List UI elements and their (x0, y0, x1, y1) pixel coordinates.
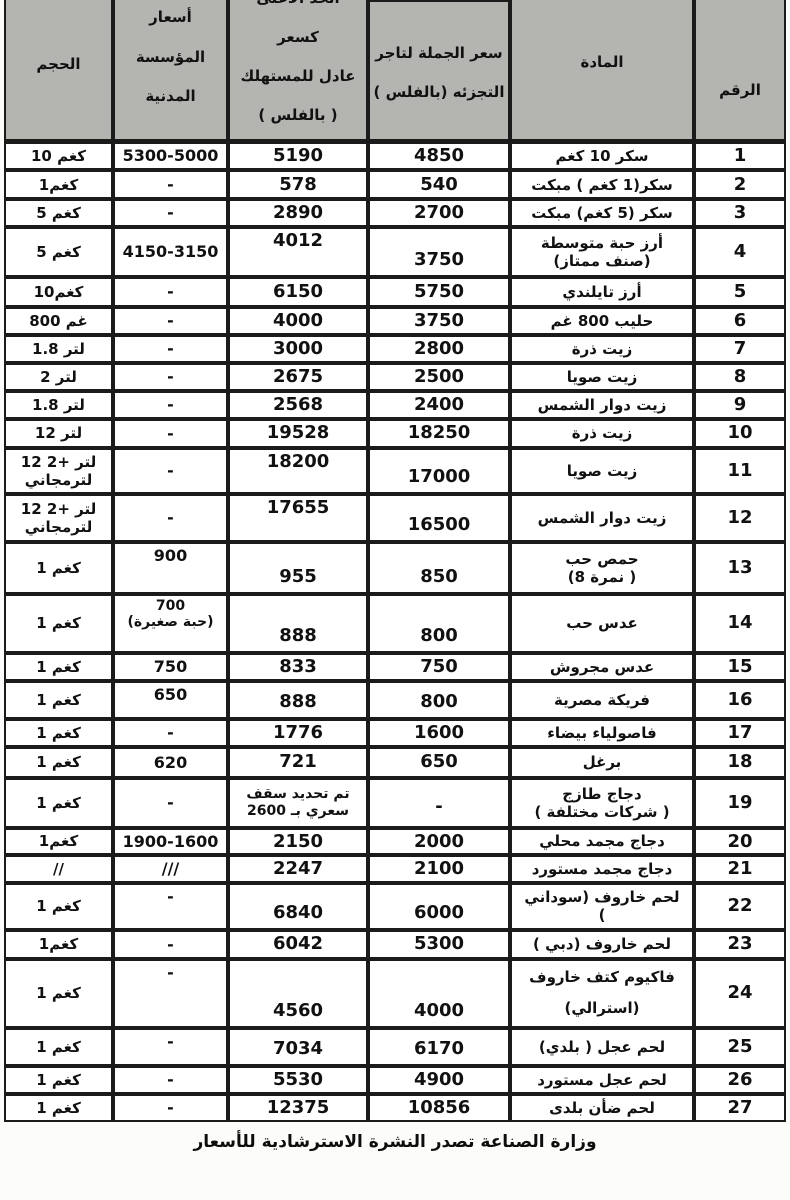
cell-institution-price: - (113, 719, 228, 747)
cell-institution-price: - (113, 199, 228, 227)
cell-max-consumer-price: 4012 (228, 227, 368, 277)
cell-size: 1 كغم (4, 1094, 113, 1122)
cell-wholesale-price: 2800 (368, 335, 510, 363)
cell-row-number: 11 (694, 448, 786, 494)
table-row: 1سكر 10 كغم485051905300-500010 كغم (4, 142, 786, 170)
cell-institution-price: - (113, 363, 228, 391)
cell-item-name: برغل (510, 747, 694, 778)
cell-item-name: دجاج مجمد مستورد (510, 855, 694, 883)
cell-item-name: سكر (5 كغم) مبكت (510, 199, 694, 227)
cell-size: 1كغم (4, 828, 113, 856)
column-header-max-consumer-price: الحد الأعلى كسعر عادل للمستهلك ( بالفلس … (228, 0, 368, 142)
cell-size: 1 كغم (4, 959, 113, 1028)
cell-size: 1 كغم (4, 719, 113, 747)
cell-institution-price: - (113, 277, 228, 307)
cell-size: 12 لتر +2 لترمجاني (4, 448, 113, 494)
cell-item-name: فاصولياء بيضاء (510, 719, 694, 747)
table-row: 12زيت دوار الشمس1650017655-12 لتر +2 لتر… (4, 494, 786, 542)
cell-institution-price: - (113, 419, 228, 448)
cell-row-number: 26 (694, 1066, 786, 1094)
cell-size: 2 لتر (4, 363, 113, 391)
cell-institution-price: - (113, 1066, 228, 1094)
cell-size: 5 كغم (4, 199, 113, 227)
footer-title: وزارة الصناعة تصدر النشرة الاسترشادية لل… (0, 1132, 790, 1152)
cell-row-number: 19 (694, 778, 786, 828)
cell-row-number: 13 (694, 542, 786, 594)
cell-row-number: 8 (694, 363, 786, 391)
column-header-max-label: الحد الأعلى كسعر عادل للمستهلك ( بالفلس … (233, 0, 363, 135)
cell-max-consumer-price: 12375 (228, 1094, 368, 1122)
cell-institution-price: - (113, 1028, 228, 1066)
cell-size: 1كغم (4, 170, 113, 199)
cell-max-consumer-price: 1776 (228, 719, 368, 747)
cell-item-name: لحم عجل مستورد (510, 1066, 694, 1094)
cell-size: 1 كغم (4, 681, 113, 719)
cell-wholesale-price: 3750 (368, 307, 510, 335)
cell-max-consumer-price: 955 (228, 542, 368, 594)
cell-wholesale-price: 650 (368, 747, 510, 778)
cell-row-number: 14 (694, 594, 786, 653)
cell-max-consumer-price: 6150 (228, 277, 368, 307)
cell-institution-price: 650 (113, 681, 228, 719)
cell-item-name: لحم عجل ( بلدي) (510, 1028, 694, 1066)
table-header-row: الرقم المادة سعر الجملة لتاجر التجزئه (ب… (4, 0, 786, 142)
cell-max-consumer-price: 578 (228, 170, 368, 199)
cell-wholesale-price: 2700 (368, 199, 510, 227)
cell-size: // (4, 855, 113, 883)
cell-max-consumer-price: 17655 (228, 494, 368, 542)
cell-row-number: 24 (694, 959, 786, 1028)
table-row: 3سكر (5 كغم) مبكت27002890-5 كغم (4, 199, 786, 227)
cell-row-number: 17 (694, 719, 786, 747)
cell-row-number: 5 (694, 277, 786, 307)
cell-size: 12 لتر (4, 419, 113, 448)
cell-wholesale-price: 540 (368, 170, 510, 199)
table-row: 13حمص حب ( نمرة 8)8509559001 كغم (4, 542, 786, 594)
cell-wholesale-price: 4850 (368, 142, 510, 170)
table-row: 7زيت ذرة28003000-1.8 لتر (4, 335, 786, 363)
cell-item-name: زيت دوار الشمس (510, 494, 694, 542)
table-row: 22لحم خاروف (سوداني )60006840-1 كغم (4, 883, 786, 930)
table-row: 18برغل6507216201 كغم (4, 747, 786, 778)
cell-row-number: 6 (694, 307, 786, 335)
column-header-size-label: الحجم (9, 55, 108, 75)
cell-institution-price: 1900-1600 (113, 828, 228, 856)
cell-row-number: 2 (694, 170, 786, 199)
cell-institution-price: - (113, 778, 228, 828)
table-row: 26لحم عجل مستورد49005530-1 كغم (4, 1066, 786, 1094)
cell-size: 1 كغم (4, 653, 113, 681)
table-row: 20دجاج مجمد محلي200021501900-16001كغم (4, 828, 786, 856)
cell-wholesale-price: 800 (368, 681, 510, 719)
table-row: 25لحم عجل ( بلدي)61707034-1 كغم (4, 1028, 786, 1066)
cell-wholesale-price: 4000 (368, 959, 510, 1028)
cell-institution-price: - (113, 307, 228, 335)
cell-wholesale-price: 16500 (368, 494, 510, 542)
table-row: 23لحم خاروف (دبي )53006042-1كغم (4, 930, 786, 959)
cell-max-consumer-price: 4000 (228, 307, 368, 335)
cell-row-number: 20 (694, 828, 786, 856)
table-row: 2سكر(1 كغم ) مبكت540578-1كغم (4, 170, 786, 199)
cell-institution-price: - (113, 1094, 228, 1122)
column-header-item-label: المادة (515, 53, 689, 73)
cell-item-name: لحم ضأن بلدى (510, 1094, 694, 1122)
cell-wholesale-price: 4900 (368, 1066, 510, 1094)
cell-wholesale-price: 750 (368, 653, 510, 681)
column-header-number: الرقم (694, 0, 786, 142)
cell-wholesale-price: 6000 (368, 883, 510, 930)
cell-wholesale-price: 18250 (368, 419, 510, 448)
cell-max-consumer-price: 2568 (228, 391, 368, 419)
cell-row-number: 3 (694, 199, 786, 227)
table-body: 1سكر 10 كغم485051905300-500010 كغم2سكر(1… (4, 142, 786, 1122)
table-row: 14عدس حب800888700 (حبة صغيرة)1 كغم (4, 594, 786, 653)
cell-max-consumer-price: تم تحديد سقف سعري بـ 2600 (228, 778, 368, 828)
cell-row-number: 9 (694, 391, 786, 419)
cell-row-number: 12 (694, 494, 786, 542)
cell-item-name: فريكة مصرية (510, 681, 694, 719)
cell-max-consumer-price: 18200 (228, 448, 368, 494)
cell-wholesale-price: 5750 (368, 277, 510, 307)
cell-max-consumer-price: 888 (228, 681, 368, 719)
cell-size: 1كغم (4, 930, 113, 959)
cell-row-number: 15 (694, 653, 786, 681)
cell-size: 10 كغم (4, 142, 113, 170)
cell-max-consumer-price: 6840 (228, 883, 368, 930)
column-header-item: المادة (510, 0, 694, 142)
cell-institution-price: - (113, 930, 228, 959)
cell-institution-price: - (113, 170, 228, 199)
table-row: 27لحم ضأن بلدى1085612375-1 كغم (4, 1094, 786, 1122)
cell-wholesale-price: - (368, 778, 510, 828)
cell-size: 1 كغم (4, 778, 113, 828)
cell-row-number: 22 (694, 883, 786, 930)
cell-max-consumer-price: 7034 (228, 1028, 368, 1066)
cell-max-consumer-price: 888 (228, 594, 368, 653)
cell-wholesale-price: 17000 (368, 448, 510, 494)
cell-institution-price: - (113, 448, 228, 494)
cell-wholesale-price: 5300 (368, 930, 510, 959)
table-row: 24فاكيوم كتف خاروف (استرالي)40004560-1 ك… (4, 959, 786, 1028)
cell-item-name: أرز تايلندي (510, 277, 694, 307)
cell-wholesale-price: 800 (368, 594, 510, 653)
column-header-wholesale-price: سعر الجملة لتاجر التجزئه (بالفلس ) (368, 0, 510, 142)
cell-item-name: عدس مجروش (510, 653, 694, 681)
cell-size: 1 كغم (4, 594, 113, 653)
cell-item-name: فاكيوم كتف خاروف (استرالي) (510, 959, 694, 1028)
table-row: 5أرز تايلندي57506150-10كغم (4, 277, 786, 307)
cell-item-name: سكر 10 كغم (510, 142, 694, 170)
cell-institution-price: - (113, 959, 228, 1028)
cell-max-consumer-price: 4560 (228, 959, 368, 1028)
cell-item-name: لحم خاروف (دبي ) (510, 930, 694, 959)
cell-max-consumer-price: 721 (228, 747, 368, 778)
cell-institution-price: 620 (113, 747, 228, 778)
table-row: 9زيت دوار الشمس24002568-1.8 لتر (4, 391, 786, 419)
table-row: 21دجاج مجمد مستورد21002247///// (4, 855, 786, 883)
cell-item-name: أرز حبة متوسطة (صنف ممتاز) (510, 227, 694, 277)
cell-size: 12 لتر +2 لترمجاني (4, 494, 113, 542)
cell-max-consumer-price: 833 (228, 653, 368, 681)
price-table: الرقم المادة سعر الجملة لتاجر التجزئه (ب… (4, 0, 786, 1122)
cell-item-name: سكر(1 كغم ) مبكت (510, 170, 694, 199)
cell-size: 1.8 لتر (4, 391, 113, 419)
table-row: 16فريكة مصرية8008886501 كغم (4, 681, 786, 719)
cell-size: 1 كغم (4, 542, 113, 594)
cell-row-number: 21 (694, 855, 786, 883)
table-row: 17فاصولياء بيضاء16001776-1 كغم (4, 719, 786, 747)
cell-max-consumer-price: 5530 (228, 1066, 368, 1094)
cell-wholesale-price: 10856 (368, 1094, 510, 1122)
cell-item-name: دجاج مجمد محلي (510, 828, 694, 856)
cell-institution-price: 750 (113, 653, 228, 681)
table-row: 10زيت ذرة1825019528-12 لتر (4, 419, 786, 448)
cell-row-number: 27 (694, 1094, 786, 1122)
table-row: 15عدس مجروش7508337501 كغم (4, 653, 786, 681)
cell-item-name: زيت ذرة (510, 335, 694, 363)
cell-size: 800 غم (4, 307, 113, 335)
column-header-institution-prices: أسعار المؤسسة المدنية (113, 0, 228, 142)
cell-row-number: 7 (694, 335, 786, 363)
table-row: 4أرز حبة متوسطة (صنف ممتاز)375040124150-… (4, 227, 786, 277)
column-header-inst-label: أسعار المؤسسة المدنية (118, 0, 223, 117)
cell-wholesale-price: 6170 (368, 1028, 510, 1066)
cell-max-consumer-price: 5190 (228, 142, 368, 170)
cell-item-name: حمص حب ( نمرة 8) (510, 542, 694, 594)
cell-size: 5 كغم (4, 227, 113, 277)
cell-item-name: لحم خاروف (سوداني ) (510, 883, 694, 930)
cell-institution-price: - (113, 883, 228, 930)
cell-item-name: زيت صويا (510, 448, 694, 494)
cell-size: 1 كغم (4, 747, 113, 778)
cell-institution-price: /// (113, 855, 228, 883)
cell-item-name: دجاج طازج ( شركات مختلفة ) (510, 778, 694, 828)
cell-size: 1.8 لتر (4, 335, 113, 363)
cell-item-name: عدس حب (510, 594, 694, 653)
cell-row-number: 10 (694, 419, 786, 448)
cell-institution-price: - (113, 335, 228, 363)
cell-wholesale-price: 1600 (368, 719, 510, 747)
cell-item-name: زيت صويا (510, 363, 694, 391)
cell-row-number: 23 (694, 930, 786, 959)
cell-item-name: حليب 800 غم (510, 307, 694, 335)
cell-max-consumer-price: 2675 (228, 363, 368, 391)
cell-row-number: 18 (694, 747, 786, 778)
cell-max-consumer-price: 2890 (228, 199, 368, 227)
cell-wholesale-price: 2400 (368, 391, 510, 419)
cell-row-number: 4 (694, 227, 786, 277)
cell-max-consumer-price: 3000 (228, 335, 368, 363)
cell-item-name: زيت دوار الشمس (510, 391, 694, 419)
column-header-wholesale-label: سعر الجملة لتاجر التجزئه (بالفلس ) (373, 34, 505, 112)
scanned-price-bulletin-page: الرقم المادة سعر الجملة لتاجر التجزئه (ب… (0, 0, 790, 1200)
cell-max-consumer-price: 2247 (228, 855, 368, 883)
cell-institution-price: 4150-3150 (113, 227, 228, 277)
cell-wholesale-price: 2500 (368, 363, 510, 391)
cell-row-number: 16 (694, 681, 786, 719)
cell-size: 1 كغم (4, 1028, 113, 1066)
table-row: 6حليب 800 غم37504000-800 غم (4, 307, 786, 335)
cell-row-number: 1 (694, 142, 786, 170)
cell-item-name: زيت ذرة (510, 419, 694, 448)
cell-size: 10كغم (4, 277, 113, 307)
cell-max-consumer-price: 19528 (228, 419, 368, 448)
table-row: 11زيت صويا1700018200-12 لتر +2 لترمجاني (4, 448, 786, 494)
cell-size: 1 كغم (4, 883, 113, 930)
table-row: 8زيت صويا25002675-2 لتر (4, 363, 786, 391)
cell-max-consumer-price: 6042 (228, 930, 368, 959)
column-header-number-label: الرقم (699, 81, 781, 101)
cell-institution-price: - (113, 391, 228, 419)
cell-row-number: 25 (694, 1028, 786, 1066)
table-row: 19دجاج طازج ( شركات مختلفة )-تم تحديد سق… (4, 778, 786, 828)
cell-wholesale-price: 850 (368, 542, 510, 594)
cell-wholesale-price: 2100 (368, 855, 510, 883)
cell-institution-price: 5300-5000 (113, 142, 228, 170)
column-header-size: الحجم (4, 0, 113, 142)
cell-institution-price: - (113, 494, 228, 542)
cell-institution-price: 900 (113, 542, 228, 594)
cell-max-consumer-price: 2150 (228, 828, 368, 856)
table-header: الرقم المادة سعر الجملة لتاجر التجزئه (ب… (4, 0, 786, 142)
cell-size: 1 كغم (4, 1066, 113, 1094)
cell-institution-price: 700 (حبة صغيرة) (113, 594, 228, 653)
cell-wholesale-price: 2000 (368, 828, 510, 856)
cell-wholesale-price: 3750 (368, 227, 510, 277)
